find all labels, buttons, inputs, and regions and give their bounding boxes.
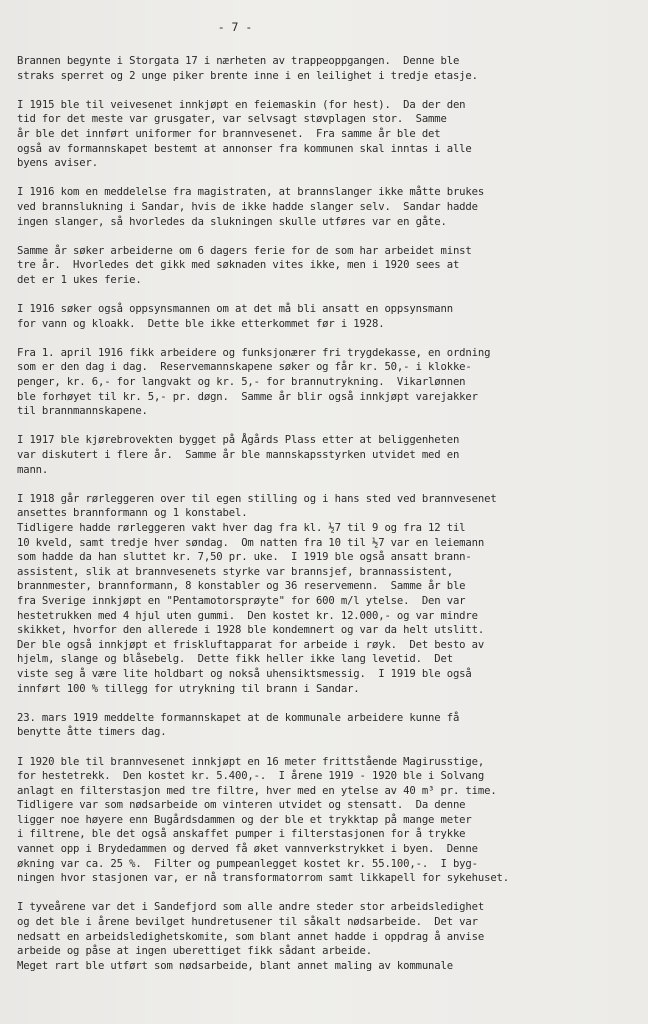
text-line: tre år. Hvorledes det gikk med søknaden … [17, 258, 637, 273]
paragraph: I 1920 ble til brannvesenet innkjøpt en … [17, 755, 637, 886]
text-line: viste seg å være lite holdbart og nokså … [17, 667, 637, 682]
text-line: byens aviser. [17, 156, 637, 171]
text-line: 10 kveld, samt tredje hver søndag. Om na… [17, 536, 637, 551]
text-line: I 1918 går rørleggeren over til egen sti… [17, 492, 637, 507]
text-line: til brannmannskapene. [17, 404, 637, 419]
text-line: 23. mars 1919 meddelte formannskapet at … [17, 711, 637, 726]
text-line: Der ble også innkjøpt et friskluftappara… [17, 638, 637, 653]
text-line: ble forhøyet til kr. 5,- pr. døgn. Samme… [17, 390, 637, 405]
document-page: - 7 - Brannen begynte i Storgata 17 i næ… [0, 0, 648, 1024]
text-line: for hestetrekk. Den kostet kr. 5.400,-. … [17, 769, 637, 784]
text-line: I 1915 ble til veivesenet innkjøpt en fe… [17, 98, 637, 113]
paragraph: 23. mars 1919 meddelte formannskapet at … [17, 711, 637, 740]
text-line: nedsatt en arbeidsledighetskomite, som b… [17, 930, 637, 945]
text-line: Tidligere hadde rørleggeren vakt hver da… [17, 521, 637, 536]
text-line: Samme år søker arbeiderne om 6 dagers fe… [17, 244, 637, 259]
text-line: mann. [17, 463, 637, 478]
text-line: anlagt en filterstasjon med tre filtre, … [17, 784, 637, 799]
text-line: I 1916 kom en meddelelse fra magistraten… [17, 185, 637, 200]
paragraph: I 1918 går rørleggeren over til egen sti… [17, 492, 637, 696]
text-line: Meget rart ble utført som nødsarbeide, b… [17, 959, 637, 974]
text-line: innført 100 % tillegg for utrykning til … [17, 682, 637, 697]
document-body: Brannen begynte i Storgata 17 i nærheten… [17, 54, 637, 988]
text-line: vannet opp i Brydedammen og derved få øk… [17, 842, 637, 857]
text-line: Fra 1. april 1916 fikk arbeidere og funk… [17, 346, 637, 361]
text-line: økning var ca. 25 %. Filter og pumpeanle… [17, 857, 637, 872]
text-line: det er 1 ukes ferie. [17, 273, 637, 288]
text-line: I 1916 søker også oppsynsmannen om at de… [17, 302, 637, 317]
text-line: Tidligere var som nødsarbeide om vintere… [17, 798, 637, 813]
text-line: ved brannslukning i Sandar, hvis de ikke… [17, 200, 637, 215]
text-line: fra Sverige innkjøpt en "Pentamotorsprøy… [17, 594, 637, 609]
paragraph: I 1915 ble til veivesenet innkjøpt en fe… [17, 98, 637, 171]
text-line: og det ble i årene bevilget hundretusene… [17, 915, 637, 930]
text-line: ansettes brannformann og 1 konstabel. [17, 506, 637, 521]
text-line: brannmester, brannformann, 8 konstabler … [17, 579, 637, 594]
text-line: ningen hvor stasjonen var, er nå transfo… [17, 871, 637, 886]
text-line: benytte åtte timers dag. [17, 725, 637, 740]
paragraph: I tyveårene var det i Sandefjord som all… [17, 900, 637, 973]
text-line: Brannen begynte i Storgata 17 i nærheten… [17, 54, 637, 69]
paragraph: Fra 1. april 1916 fikk arbeidere og funk… [17, 346, 637, 419]
text-line: straks sperret og 2 unge piker brente in… [17, 69, 637, 84]
text-line: år ble det innført uniformer for brannve… [17, 127, 637, 142]
paragraph: I 1917 ble kjørebrovekten bygget på Ågår… [17, 433, 637, 477]
text-line: som er den dag i dag. Reservemannskapene… [17, 360, 637, 375]
paragraph: Brannen begynte i Storgata 17 i nærheten… [17, 54, 637, 83]
text-line: var diskutert i flere år. Samme år ble m… [17, 448, 637, 463]
text-line: i filtrene, ble det også anskaffet pumpe… [17, 827, 637, 842]
text-line: hjelm, slange og blåsebelg. Dette fikk h… [17, 652, 637, 667]
page-number: - 7 - [0, 20, 470, 34]
text-line: arbeide og påse at ingen uberettiget fik… [17, 944, 637, 959]
text-line: assistent, slik at brannvesenets styrke … [17, 565, 637, 580]
text-line: I 1920 ble til brannvesenet innkjøpt en … [17, 755, 637, 770]
text-line: hestetrukken med 4 hjul uten gummi. Den … [17, 609, 637, 624]
paragraph: Samme år søker arbeiderne om 6 dagers fe… [17, 244, 637, 288]
paragraph: I 1916 søker også oppsynsmannen om at de… [17, 302, 637, 331]
text-line: I tyveårene var det i Sandefjord som all… [17, 900, 637, 915]
text-line: også av formannskapet bestemt at annonse… [17, 142, 637, 157]
text-line: ligger noe høyere enn Bugårdsdammen og d… [17, 813, 637, 828]
text-line: penger, kr. 6,- for langvakt og kr. 5,- … [17, 375, 637, 390]
text-line: for vann og kloakk. Dette ble ikke etter… [17, 317, 637, 332]
text-line: som hadde da han sluttet kr. 7,50 pr. uk… [17, 550, 637, 565]
text-line: ingen slanger, så hvorledes da slukninge… [17, 215, 637, 230]
text-line: skikket, hvorfor den allerede i 1928 ble… [17, 623, 637, 638]
text-line: I 1917 ble kjørebrovekten bygget på Ågår… [17, 433, 637, 448]
text-line: tid for det meste var grusgater, var sel… [17, 112, 637, 127]
paragraph: I 1916 kom en meddelelse fra magistraten… [17, 185, 637, 229]
